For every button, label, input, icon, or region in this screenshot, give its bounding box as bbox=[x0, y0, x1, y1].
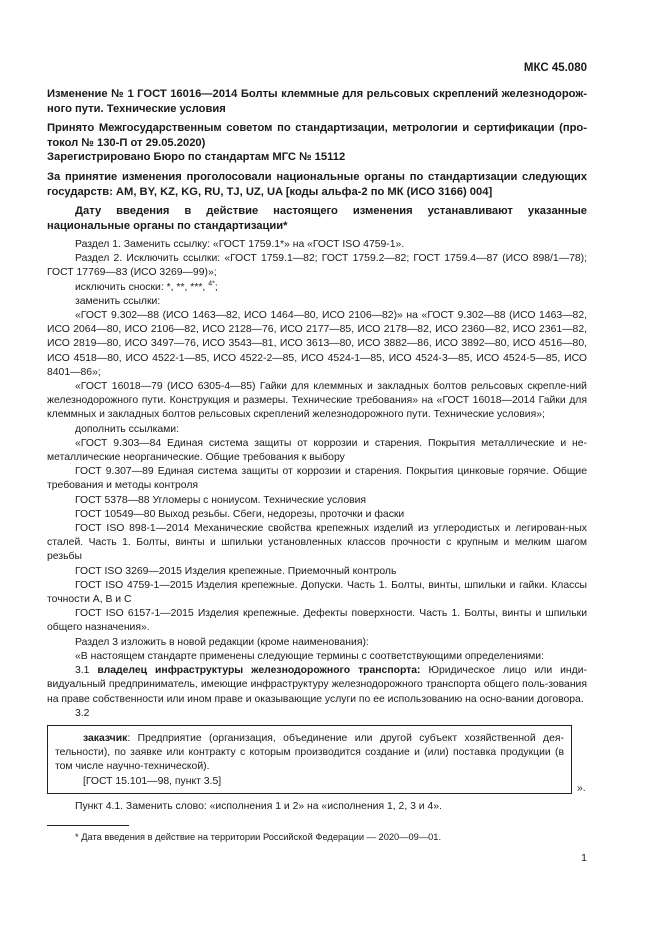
replace-refs-label: заменить ссылки: bbox=[47, 295, 587, 309]
term-3-2-box: заказчик: Предприятие (организация, объе… bbox=[47, 725, 572, 794]
term-3-1: 3.1 владелец инфраструктуры железнодорож… bbox=[47, 664, 587, 707]
footnote-separator bbox=[47, 825, 129, 826]
voting-states: За принятие изменения проголосовали наци… bbox=[47, 170, 587, 200]
footnote: * Дата введения в действие на территории… bbox=[75, 832, 441, 842]
section2-change: Раздел 2. Исключить ссылки: «ГОСТ 1759.1… bbox=[47, 252, 587, 280]
page-number: 1 bbox=[581, 852, 587, 864]
clause-4-1-change: Пункт 4.1. Заменить слово: «исполнения 1… bbox=[47, 800, 587, 814]
replace-ref-16018: «ГОСТ 16018—79 (ИСО 6305-4—85) Гайки для… bbox=[47, 380, 587, 423]
reference-item: ГОСТ 9.307—89 Единая система защиты от к… bbox=[47, 465, 587, 493]
add-refs-label: дополнить ссылками: bbox=[47, 423, 587, 437]
replace-ref-9302: «ГОСТ 9.302—88 (ИСО 1463—82, ИСО 1464—80… bbox=[47, 309, 587, 380]
reference-item: ГОСТ ISO 4759-1—2015 Изделия крепежные. … bbox=[47, 579, 587, 607]
reference-item: ГОСТ 10549—80 Выход резьбы. Сбеги, недор… bbox=[47, 508, 587, 522]
exclude-footnotes: исключить сноски: *, **, ***, 4*; bbox=[47, 281, 587, 295]
mks-code: МКС 45.080 bbox=[524, 62, 587, 74]
term-3-2-name: заказчик bbox=[83, 733, 127, 744]
effective-date-note: Дату введения в действие настоящего изме… bbox=[47, 204, 587, 234]
term-3-2-wrapper: заказчик: Предприятие (организация, объе… bbox=[47, 725, 587, 794]
section1-change: Раздел 1. Заменить ссылку: «ГОСТ 1759.1*… bbox=[47, 238, 587, 252]
closing-quote: ». bbox=[577, 782, 586, 796]
reference-item: ГОСТ ISO 6157-1—2015 Изделия крепежные. … bbox=[47, 607, 587, 635]
term-3-1-name: владелец инфраструктуры железнодорожного… bbox=[97, 665, 420, 676]
amendment-body: Раздел 1. Заменить ссылку: «ГОСТ 1759.1*… bbox=[47, 238, 587, 814]
term-3-2-source: [ГОСТ 15.101—98, пункт 3.5] bbox=[55, 775, 564, 789]
amendment-title: Изменение № 1 ГОСТ 16016—2014 Болты клем… bbox=[47, 87, 587, 117]
reference-item: ГОСТ 5378—88 Угломеры с нониусом. Технич… bbox=[47, 494, 587, 508]
reference-item: «ГОСТ 9.303—84 Единая система защиты от … bbox=[47, 437, 587, 465]
term-3-2-definition: заказчик: Предприятие (организация, объе… bbox=[55, 732, 564, 775]
accepted-by: Принято Межгосударственным советом по ст… bbox=[47, 121, 587, 151]
section3-change: Раздел 3 изложить в новой редакции (кром… bbox=[47, 636, 587, 650]
registration: Зарегистрировано Бюро по стандартам МГС … bbox=[47, 150, 345, 165]
term-3-2-number: 3.2 bbox=[47, 707, 587, 721]
terms-intro: «В настоящем стандарте применены следующ… bbox=[47, 650, 587, 664]
reference-item: ГОСТ ISO 3269—2015 Изделия крепежные. Пр… bbox=[47, 565, 587, 579]
reference-item: ГОСТ ISO 898-1—2014 Механические свойств… bbox=[47, 522, 587, 565]
